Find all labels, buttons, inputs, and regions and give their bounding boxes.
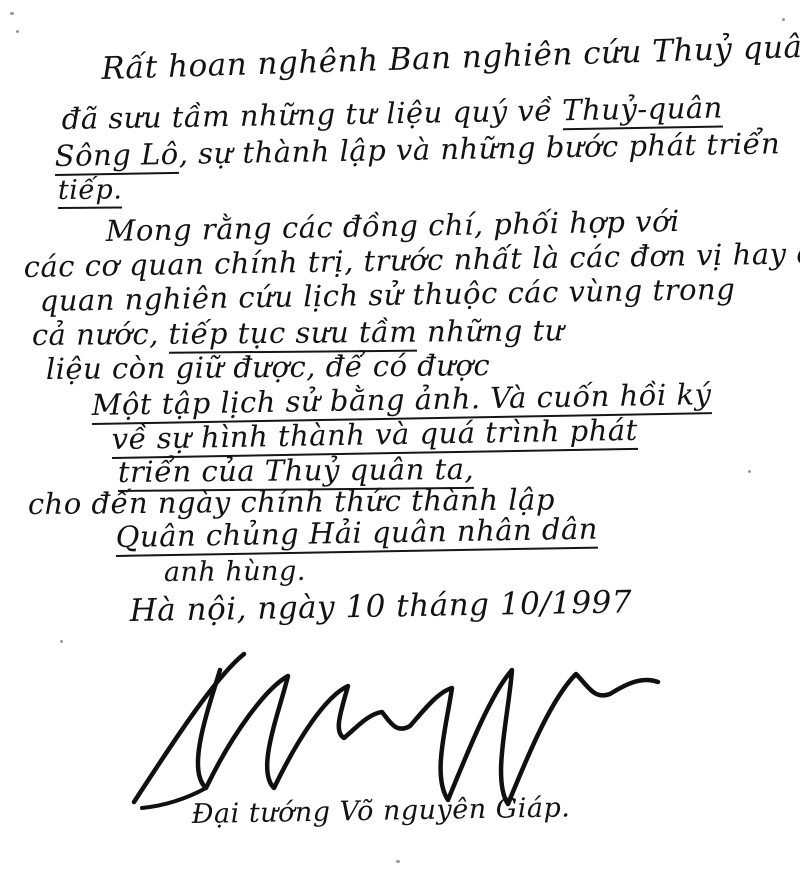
scan-noise-speck	[60, 640, 63, 643]
letter-text: Hà nội, ngày 10 tháng 10/1997	[129, 584, 632, 629]
letter-text: đã sưu tầm những tư liệu quý về	[61, 93, 562, 136]
signature-flourish-icon	[128, 630, 673, 810]
letter-line: về sự hình thành và quá trình phát	[111, 415, 638, 456]
letter-text: , sự thành lập và những bước phát triển	[178, 126, 780, 170]
letter-line: Quân chủng Hải quân nhân dân	[115, 514, 598, 554]
letter-text: cả nước,	[32, 317, 169, 352]
underlined-text: Quân chủng Hải quân nhân dân	[115, 512, 598, 557]
letter-line: liệu còn giữ được, để có được	[46, 350, 491, 386]
scan-noise-speck	[782, 18, 785, 21]
letter-line: cả nước, tiếp tục sưu tầm những tư	[32, 315, 564, 352]
underlined-text: Thuỷ-quân	[562, 90, 723, 130]
underlined-text: tiếp.	[58, 174, 123, 209]
scan-noise-speck	[16, 30, 19, 33]
letter-text: những tư	[417, 313, 564, 348]
letter-line: tiếp.	[58, 175, 123, 205]
letter-text: Đại tướng Võ nguyên Giáp.	[191, 792, 570, 830]
letter-line: Rất hoan nghênh Ban nghiên cứu Thuỷ quân	[101, 29, 800, 86]
scan-noise-speck	[10, 12, 14, 15]
letter-text: Rất hoan nghênh Ban nghiên cứu Thuỷ quân	[101, 28, 800, 87]
signature-caption: Đại tướng Võ nguyên Giáp.	[191, 793, 570, 829]
date-line: Hà nội, ngày 10 tháng 10/1997	[129, 585, 632, 628]
letter-text: liệu còn giữ được, để có được	[46, 348, 491, 386]
scanned-letter-page: Rất hoan nghênh Ban nghiên cứu Thuỷ quân…	[0, 0, 800, 879]
letter-line: Sông Lô, sự thành lập và những bước phát…	[54, 128, 780, 173]
letter-text: anh hùng.	[164, 556, 306, 588]
letter-line: anh hùng.	[164, 557, 306, 588]
underlined-text: Sông Lô	[54, 137, 179, 176]
underlined-text: tiếp tục sưu tầm	[168, 315, 417, 354]
scan-noise-speck	[396, 860, 400, 863]
scan-noise-speck	[748, 470, 751, 473]
